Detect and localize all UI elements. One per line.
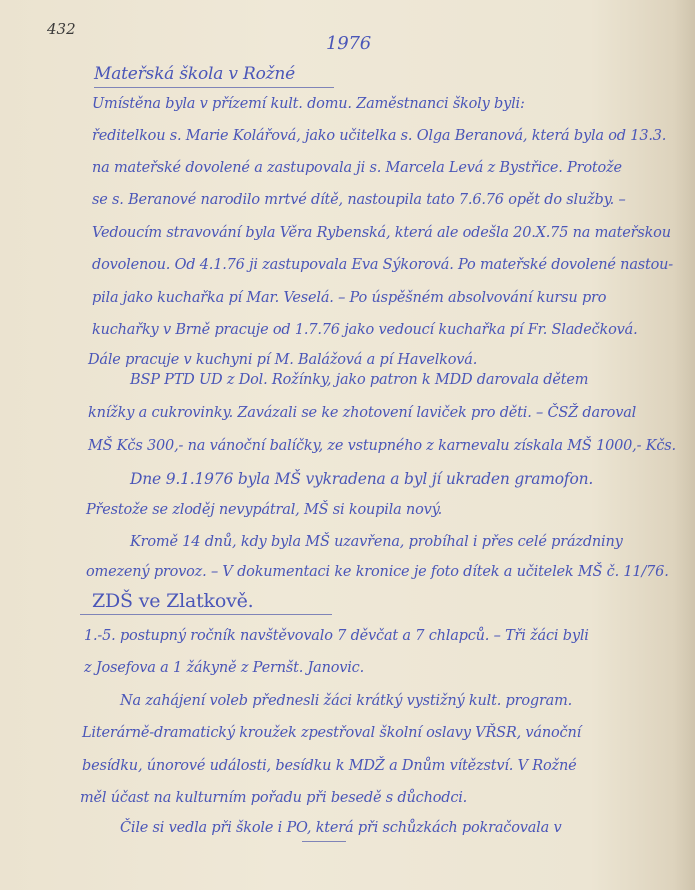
po-underline bbox=[302, 841, 346, 842]
text-line: Dne 9.1.1976 byla MŠ vykradena a byl jí … bbox=[130, 470, 593, 488]
page-number: 432 bbox=[47, 20, 76, 38]
text-line: Na zahájení voleb přednesli žáci krátký … bbox=[120, 693, 572, 709]
text-line: knížky a cukrovinky. Zavázali se ke zhot… bbox=[88, 405, 636, 421]
text-line: MŠ Kčs 300,- na vánoční balíčky, ze vstu… bbox=[88, 438, 676, 454]
text-line: Umístěna byla v přízemí kult. domu. Zamě… bbox=[92, 96, 525, 112]
text-line: 1.-5. postupný ročník navštěvovalo 7 děv… bbox=[84, 628, 589, 644]
text-line: BSP PTD UD z Dol. Rožínky, jako patron k… bbox=[130, 372, 588, 388]
text-line: Přestože se zloděj nevypátral, MŠ si kou… bbox=[86, 502, 442, 518]
text-line: Kromě 14 dnů, kdy byla MŠ uzavřena, prob… bbox=[130, 534, 623, 550]
text-line: na mateřské dovolené a zastupovala ji s.… bbox=[92, 160, 622, 176]
text-line: Literárně-dramatický kroužek zpestřoval … bbox=[82, 725, 581, 741]
text-line: pila jako kuchařka pí Mar. Veselá. – Po … bbox=[92, 290, 606, 306]
text-line: se s. Beranové narodilo mrtvé dítě, nast… bbox=[92, 192, 626, 208]
section-heading-materska-skola: Mateřská škola v Rožné bbox=[94, 64, 295, 84]
text-line: ředitelkou s. Marie Kolářová, jako učite… bbox=[92, 128, 666, 144]
text-line: Čile si vedla při škole i PO, která při … bbox=[120, 820, 561, 836]
text-line: dovolenou. Od 4.1.76 ji zastupovala Eva … bbox=[92, 257, 673, 273]
section-heading-zds: ZDŠ ve Zlatkově. bbox=[92, 590, 254, 612]
heading-underline bbox=[80, 614, 332, 615]
text-line: měl účast na kulturním pořadu při besedě… bbox=[80, 790, 467, 806]
text-line: z Josefova a 1 žákyně z Pernšt. Janovic. bbox=[84, 660, 364, 676]
text-line: kuchařky v Brně pracuje od 1.7.76 jako v… bbox=[92, 322, 637, 338]
text-line: omezený provoz. – V dokumentaci ke kroni… bbox=[86, 564, 669, 580]
text-line: Vedoucím stravování byla Věra Rybenská, … bbox=[92, 225, 671, 241]
text-line: Dále pracuje v kuchyni pí M. Balážová a … bbox=[88, 352, 477, 368]
heading-underline bbox=[94, 87, 334, 88]
chronicle-page: 432 1976 Mateřská škola v Rožné Umístěna… bbox=[0, 0, 695, 890]
text-line: besídku, únorové události, besídku k MDŽ… bbox=[82, 758, 576, 774]
year-heading: 1976 bbox=[326, 33, 371, 54]
